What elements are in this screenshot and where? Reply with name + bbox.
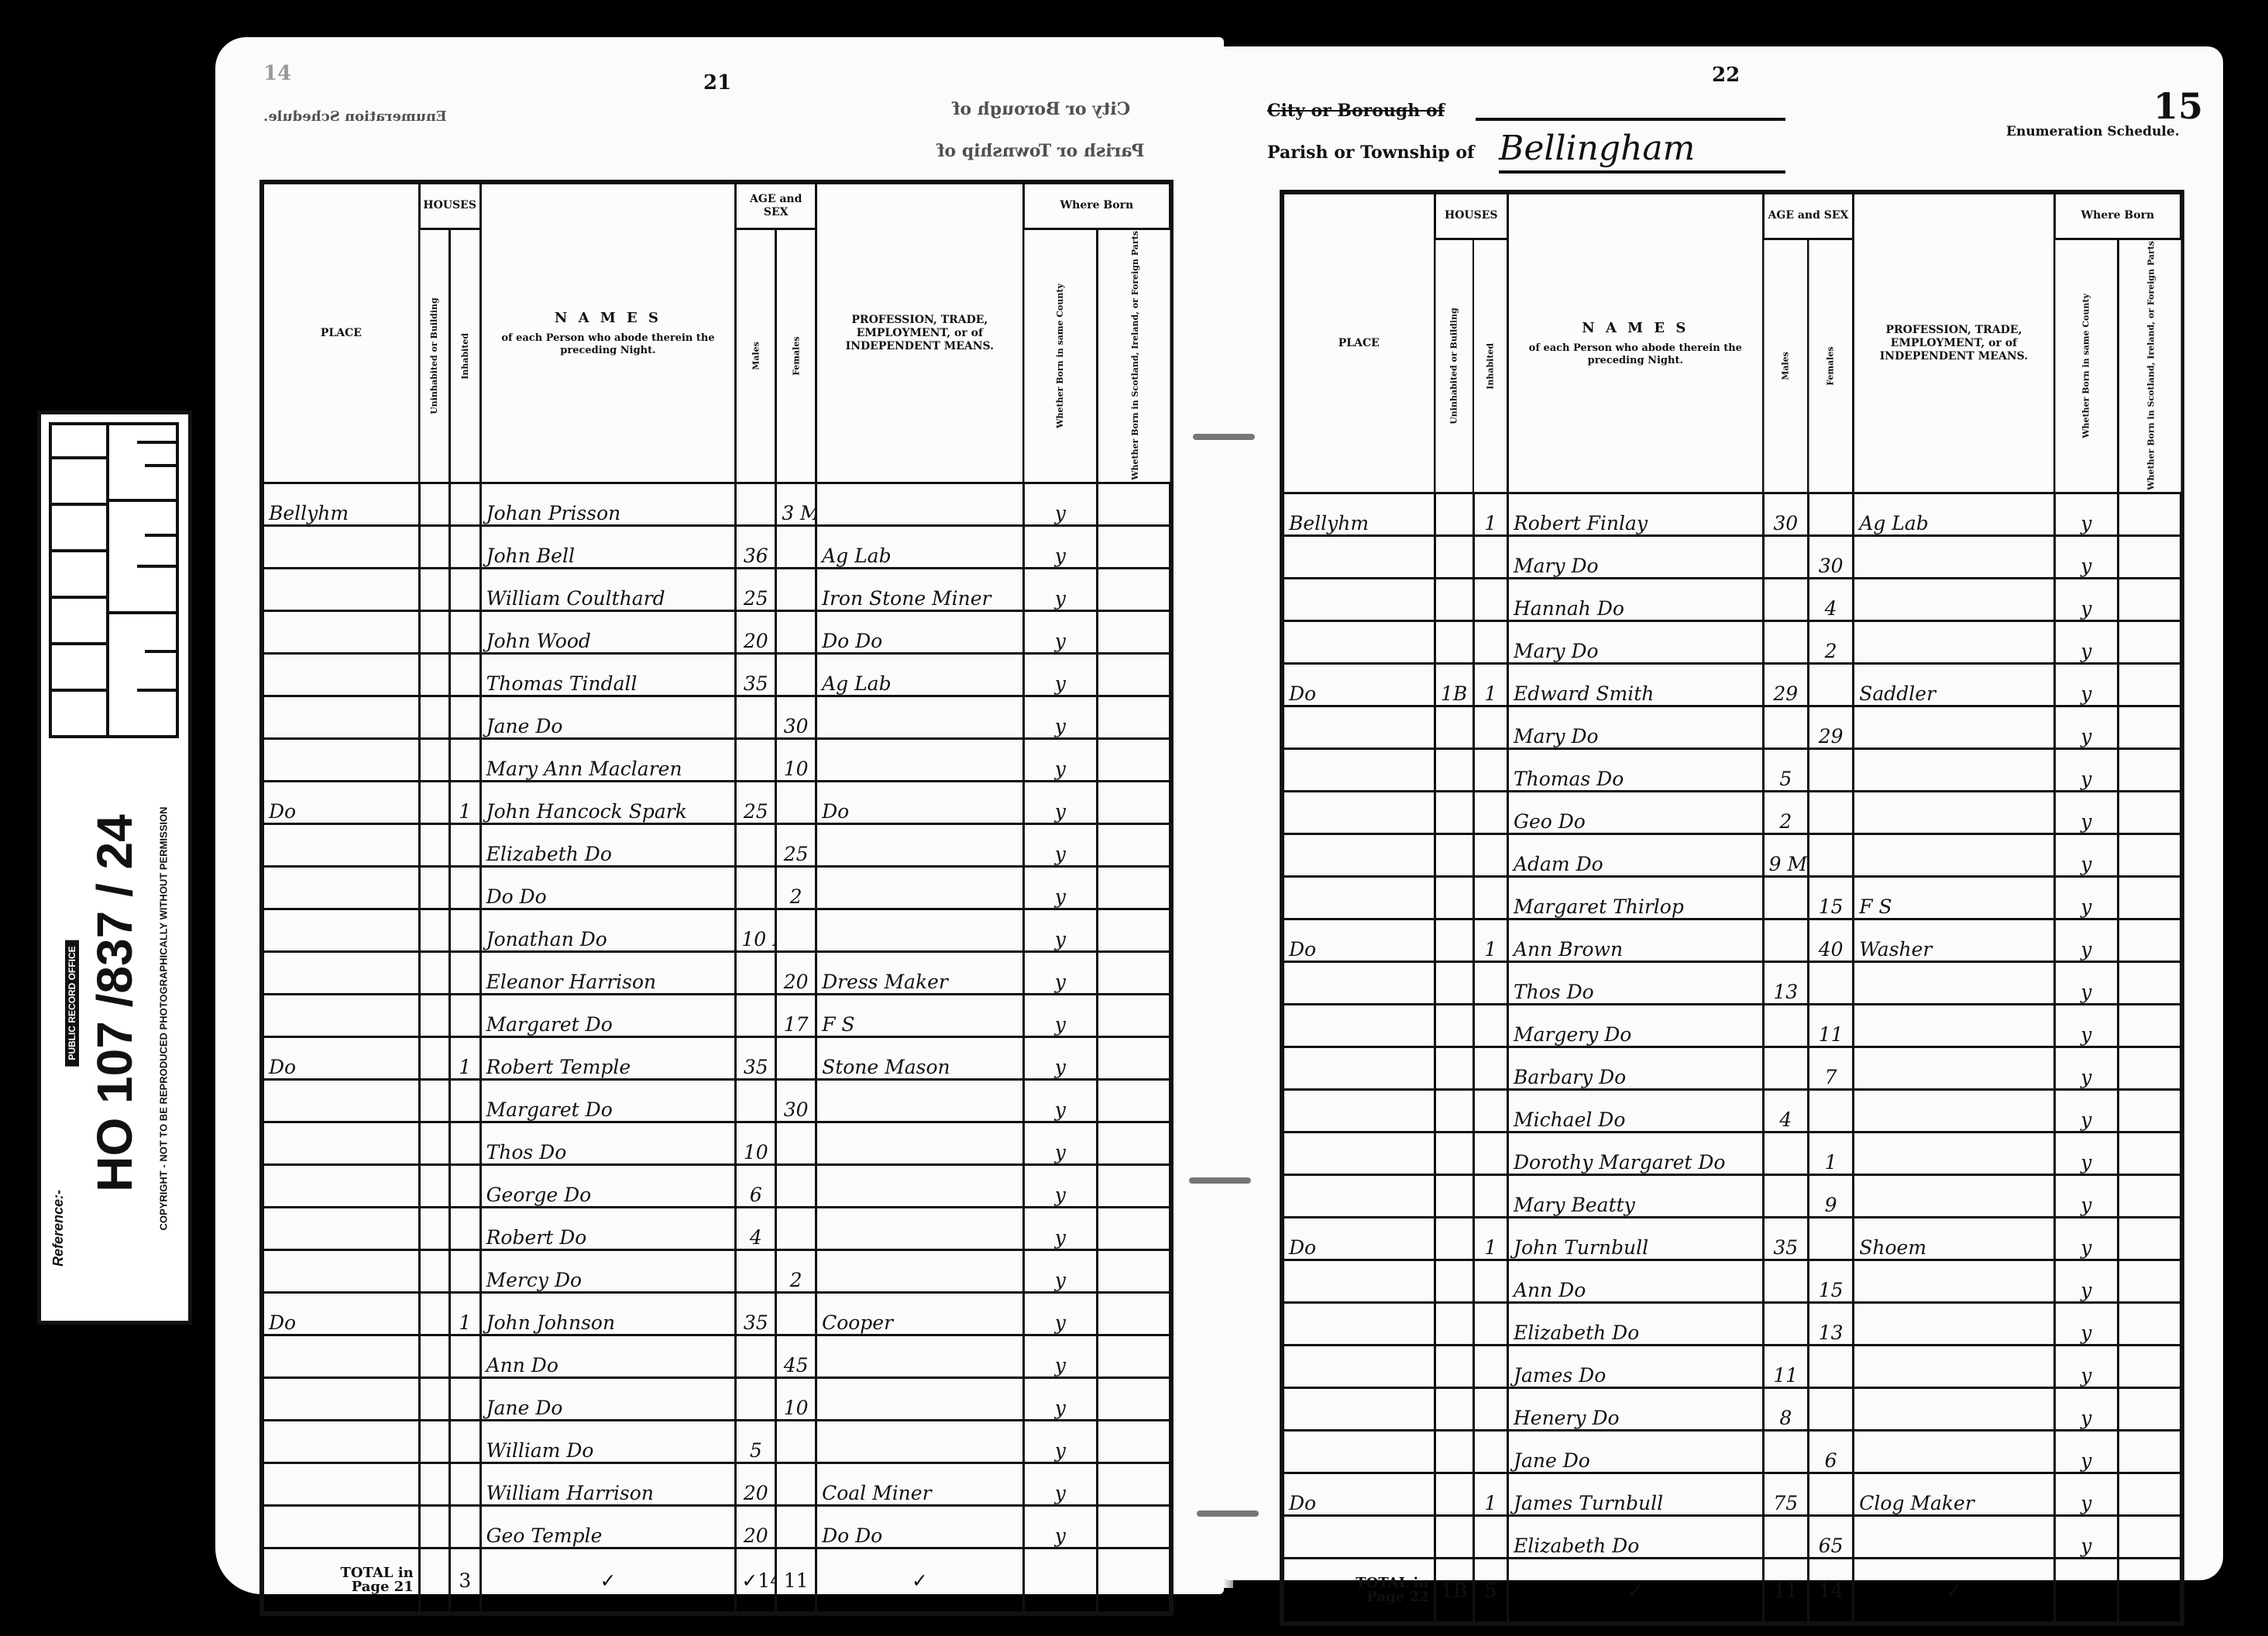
cell-uninhabited: [1435, 792, 1473, 834]
cell-name: Geo Do: [1507, 792, 1763, 834]
col-names: N A M E Sof each Person who abode therei…: [1507, 192, 1763, 493]
cell-same-county: y: [1023, 909, 1097, 952]
cell-inhabited: 1: [1473, 919, 1507, 962]
census-row: Jonathan Do10 Mthy: [262, 909, 1171, 952]
cell-foreign: [2119, 1090, 2182, 1132]
cell-name: Thomas Do: [1507, 749, 1763, 792]
cell-female: 11: [1808, 1005, 1853, 1047]
col-where-born: Where Born: [1023, 182, 1171, 229]
cell-male: [1763, 1005, 1808, 1047]
col-born-foreign: Whether Born in Scotland, Ireland, or Fo…: [1098, 229, 1171, 483]
cell-name: Margaret Do: [480, 1080, 736, 1122]
cell-uninhabited: [419, 782, 449, 824]
cell-profession: Cooper: [816, 1293, 1024, 1335]
cell-inhabited: 1: [450, 1293, 480, 1335]
cell-male: 36: [736, 526, 776, 569]
census-row: Thos Do10y: [262, 1122, 1171, 1165]
cell-male: 75: [1763, 1473, 1808, 1516]
census-row: Do1James Turnbull75Clog Makery: [1282, 1473, 2182, 1516]
cell-name: Hannah Do: [1507, 579, 1763, 621]
census-row: James Do11y: [1282, 1346, 2182, 1388]
cell-place: [1282, 749, 1435, 792]
cell-profession: [816, 1122, 1024, 1165]
cell-inhabited: [1473, 1516, 1507, 1559]
cell-profession: [1854, 621, 2054, 664]
cell-inhabited: [450, 1208, 480, 1250]
cell-female: [776, 1208, 816, 1250]
cell-female: [776, 782, 816, 824]
cell-male: [1763, 919, 1808, 962]
cell-same-county: y: [2054, 962, 2118, 1005]
cell-female: [1808, 1473, 1853, 1516]
cell-female: [776, 909, 816, 952]
cell-profession: [1854, 962, 2054, 1005]
cell-profession: [1854, 1388, 2054, 1431]
cell-female: 30: [776, 1080, 816, 1122]
cell-foreign: [2119, 1303, 2182, 1346]
cell-name: Thos Do: [1507, 962, 1763, 1005]
cell-place: [262, 654, 419, 696]
total-inhabited: 5: [1473, 1559, 1507, 1624]
cell-inhabited: [1473, 1260, 1507, 1303]
cell-profession: Stone Mason: [816, 1037, 1024, 1080]
cell-name: William Do: [480, 1421, 736, 1463]
cell-inhabited: 1: [450, 782, 480, 824]
cell-uninhabited: [419, 867, 449, 909]
cell-male: 20: [736, 1463, 776, 1506]
cell-inhabited: [450, 1165, 480, 1208]
cell-uninhabited: [1435, 1303, 1473, 1346]
cell-profession: Ag Lab: [816, 526, 1024, 569]
cell-male: [736, 867, 776, 909]
cell-place: Do: [1282, 664, 1435, 706]
cell-female: 25: [776, 824, 816, 867]
cell-foreign: [1098, 1037, 1171, 1080]
cell-place: [1282, 1431, 1435, 1473]
cell-name: Elizabeth Do: [1507, 1516, 1763, 1559]
cell-inhabited: [450, 611, 480, 654]
parish-label-right: Parish or Township of: [1267, 143, 1475, 163]
binding-clip-middle: [1189, 1177, 1251, 1184]
cell-female: 10: [776, 739, 816, 782]
cell-uninhabited: [419, 483, 449, 526]
cell-foreign: [2119, 536, 2182, 579]
cell-male: [736, 995, 776, 1037]
col-female: Females: [776, 229, 816, 483]
census-row: Hannah Do4y: [1282, 579, 2182, 621]
cell-uninhabited: [419, 1037, 449, 1080]
cell-profession: [816, 1250, 1024, 1293]
total-row: TOTAL inPage 221B5✓1114✓: [1282, 1559, 2182, 1624]
cell-place: [1282, 1388, 1435, 1431]
cell-male: [736, 952, 776, 995]
cell-uninhabited: [419, 696, 449, 739]
cell-same-county: y: [1023, 824, 1097, 867]
cell-profession: [1854, 1132, 2054, 1175]
city-borough-label-right: City or Borough of: [1267, 101, 1445, 121]
col-age-sex: AGE and SEX: [1763, 192, 1854, 239]
census-row: Margaret Do17F Sy: [262, 995, 1171, 1037]
cell-inhabited: [450, 1250, 480, 1293]
cell-place: [262, 1080, 419, 1122]
cell-foreign: [1098, 995, 1171, 1037]
cell-female: 7: [1808, 1047, 1853, 1090]
census-row: Jane Do30y: [262, 696, 1171, 739]
cell-inhabited: [450, 952, 480, 995]
cell-foreign: [2119, 1047, 2182, 1090]
cell-name: Eleanor Harrison: [480, 952, 736, 995]
cell-same-county: y: [1023, 569, 1097, 611]
cell-name: Jane Do: [1507, 1431, 1763, 1473]
cell-same-county: y: [1023, 782, 1097, 824]
cell-same-county: y: [1023, 1037, 1097, 1080]
cell-foreign: [2119, 1388, 2182, 1431]
col-male: Males: [736, 229, 776, 483]
cell-same-county: y: [1023, 611, 1097, 654]
cell-inhabited: [1473, 1388, 1507, 1431]
cell-inhabited: 1: [1473, 1473, 1507, 1516]
cell-name: Henery Do: [1507, 1388, 1763, 1431]
cell-profession: Shoem: [1854, 1218, 2054, 1260]
cell-uninhabited: [1435, 1388, 1473, 1431]
cell-male: 5: [1763, 749, 1808, 792]
col-profession: PROFESSION, TRADE, EMPLOYMENT, or of IND…: [816, 182, 1024, 483]
cell-profession: [816, 1378, 1024, 1421]
cell-uninhabited: [419, 1165, 449, 1208]
cell-name: James Do: [1507, 1346, 1763, 1388]
census-row: Geo Do2y: [1282, 792, 2182, 834]
census-row: Do1John Turnbull35Shoemy: [1282, 1218, 2182, 1260]
cell-name: John Hancock Spark: [480, 782, 736, 824]
cell-name: Barbary Do: [1507, 1047, 1763, 1090]
cell-profession: Coal Miner: [816, 1463, 1024, 1506]
total-same-county: [1023, 1548, 1097, 1614]
cell-foreign: [1098, 1506, 1171, 1548]
census-row: Margaret Do30y: [262, 1080, 1171, 1122]
cell-female: [776, 569, 816, 611]
cell-female: 2: [776, 1250, 816, 1293]
census-row: Thos Do13y: [1282, 962, 2182, 1005]
document-reference-number: HO 107 /837 / 24: [86, 814, 143, 1191]
cell-inhabited: 1: [1473, 493, 1507, 536]
cell-male: [1763, 1132, 1808, 1175]
cell-inhabited: [1473, 1005, 1507, 1047]
left-census-table: PLACE HOUSES N A M E Sof each Person who…: [259, 180, 1174, 1616]
cell-foreign: [2119, 621, 2182, 664]
cell-same-county: y: [1023, 1250, 1097, 1293]
census-row: William Coulthard25Iron Stone Minery: [262, 569, 1171, 611]
cell-foreign: [1098, 1165, 1171, 1208]
total-uninhabited: 1B: [1435, 1559, 1473, 1624]
cell-name: Geo Temple: [480, 1506, 736, 1548]
cell-female: [776, 1421, 816, 1463]
census-row: Elizabeth Do13y: [1282, 1303, 2182, 1346]
cell-male: 10: [736, 1122, 776, 1165]
left-page-number: 21: [703, 71, 731, 95]
cell-foreign: [2119, 1346, 2182, 1388]
cell-male: 8: [1763, 1388, 1808, 1431]
cell-same-county: y: [1023, 867, 1097, 909]
cell-male: [736, 824, 776, 867]
cell-foreign: [1098, 782, 1171, 824]
scale-ruler: [49, 422, 179, 738]
census-row: Ann Do45y: [262, 1335, 1171, 1378]
cell-uninhabited: [1435, 1218, 1473, 1260]
cell-foreign: [1098, 1250, 1171, 1293]
cell-male: [1763, 1047, 1808, 1090]
cell-profession: [1854, 706, 2054, 749]
cell-name: Thos Do: [480, 1122, 736, 1165]
cell-same-county: y: [1023, 1506, 1097, 1548]
cell-male: 6: [736, 1165, 776, 1208]
census-row: Thomas Tindall35Ag Laby: [262, 654, 1171, 696]
cell-inhabited: [450, 569, 480, 611]
cell-inhabited: [450, 909, 480, 952]
cell-profession: [816, 1165, 1024, 1208]
cell-female: 29: [1808, 706, 1853, 749]
cell-place: Do: [262, 1293, 419, 1335]
cell-place: [1282, 834, 1435, 877]
cell-profession: Washer: [1854, 919, 2054, 962]
cell-place: [1282, 1516, 1435, 1559]
cell-same-county: y: [2054, 1260, 2118, 1303]
cell-place: [262, 569, 419, 611]
cell-same-county: y: [1023, 1378, 1097, 1421]
cell-profession: Do Do: [816, 611, 1024, 654]
cell-same-county: y: [1023, 1165, 1097, 1208]
total-foreign: [2119, 1559, 2182, 1624]
cell-place: [262, 1421, 419, 1463]
cell-inhabited: [1473, 962, 1507, 1005]
cell-same-county: y: [2054, 493, 2118, 536]
cell-name: John Johnson: [480, 1293, 736, 1335]
cell-male: 30: [1763, 493, 1808, 536]
census-row: Geo Temple20Do Doy: [262, 1506, 1171, 1548]
cell-inhabited: [1473, 579, 1507, 621]
cell-same-county: y: [2054, 1303, 2118, 1346]
cell-inhabited: [1473, 1047, 1507, 1090]
cell-profession: [1854, 579, 2054, 621]
reference-label: Reference:-: [50, 1190, 67, 1267]
cell-female: [776, 1463, 816, 1506]
census-row: Jane Do6y: [1282, 1431, 2182, 1473]
cell-same-county: y: [1023, 1335, 1097, 1378]
cell-name: Mary Do: [1507, 536, 1763, 579]
folio-number: 15: [2153, 85, 2203, 127]
cell-uninhabited: [419, 824, 449, 867]
cell-profession: Ag Lab: [816, 654, 1024, 696]
cell-same-county: y: [1023, 654, 1097, 696]
census-row: Elizabeth Do65y: [1282, 1516, 2182, 1559]
cell-foreign: [1098, 952, 1171, 995]
census-row: Eleanor Harrison20Dress Makery: [262, 952, 1171, 995]
cell-profession: [1854, 792, 2054, 834]
cell-uninhabited: [1435, 1516, 1473, 1559]
census-row: John Wood20Do Doy: [262, 611, 1171, 654]
cell-same-county: y: [2054, 1005, 2118, 1047]
cell-female: 15: [1808, 877, 1853, 919]
cell-profession: [1854, 1005, 2054, 1047]
cell-foreign: [1098, 1080, 1171, 1122]
total-male: ✓14: [736, 1548, 776, 1614]
cell-inhabited: [450, 1335, 480, 1378]
cell-uninhabited: [419, 1250, 449, 1293]
cell-profession: [816, 867, 1024, 909]
binding-clip-top: [1193, 434, 1255, 440]
cell-name: John Turnbull: [1507, 1218, 1763, 1260]
cell-uninhabited: [1435, 1005, 1473, 1047]
cell-male: 4: [1763, 1090, 1808, 1132]
cell-female: [776, 1293, 816, 1335]
cell-foreign: [2119, 1260, 2182, 1303]
cell-place: [1282, 877, 1435, 919]
cell-name: Ann Brown: [1507, 919, 1763, 962]
copyright-notice: COPYRIGHT - NOT TO BE REPRODUCED PHOTOGR…: [158, 806, 170, 1230]
cell-uninhabited: [419, 1463, 449, 1506]
cell-female: 30: [1808, 536, 1853, 579]
cell-foreign: [2119, 749, 2182, 792]
cell-inhabited: [450, 1378, 480, 1421]
cell-inhabited: [450, 824, 480, 867]
cell-same-county: y: [1023, 1122, 1097, 1165]
cell-name: Adam Do: [1507, 834, 1763, 877]
cell-profession: [816, 1080, 1024, 1122]
cell-female: 20: [776, 952, 816, 995]
census-row: Barbary Do7y: [1282, 1047, 2182, 1090]
cell-profession: [1854, 1346, 2054, 1388]
cell-female: [1808, 749, 1853, 792]
cell-female: 40: [1808, 919, 1853, 962]
cell-male: 2: [1763, 792, 1808, 834]
census-row: Henery Do8y: [1282, 1388, 2182, 1431]
cell-place: [262, 1335, 419, 1378]
cell-place: [1282, 706, 1435, 749]
cell-foreign: [2119, 664, 2182, 706]
cell-same-county: y: [2054, 877, 2118, 919]
census-row: Dorothy Margaret Do1y: [1282, 1132, 2182, 1175]
cell-foreign: [1098, 569, 1171, 611]
cell-name: Elizabeth Do: [1507, 1303, 1763, 1346]
cell-female: 30: [776, 696, 816, 739]
cell-place: [262, 995, 419, 1037]
cell-uninhabited: [419, 1378, 449, 1421]
cell-place: [1282, 1260, 1435, 1303]
cell-profession: [1854, 749, 2054, 792]
cell-profession: [1854, 834, 2054, 877]
cell-inhabited: [450, 1080, 480, 1122]
total-row: TOTAL inPage 213✓✓1411✓: [262, 1548, 1171, 1614]
cell-foreign: [2119, 1431, 2182, 1473]
cell-female: [776, 1506, 816, 1548]
cell-inhabited: [450, 995, 480, 1037]
cell-female: [1808, 834, 1853, 877]
cell-male: 9 Mth: [1763, 834, 1808, 877]
cell-foreign: [1098, 1122, 1171, 1165]
census-row: BellyhmJohan Prisson3 Mthy: [262, 483, 1171, 526]
cell-male: 35: [736, 1293, 776, 1335]
cell-place: [262, 739, 419, 782]
cell-name: William Harrison: [480, 1463, 736, 1506]
cell-place: [262, 909, 419, 952]
cell-profession: Ag Lab: [1854, 493, 2054, 536]
census-row: Margery Do11y: [1282, 1005, 2182, 1047]
cell-place: [1282, 1132, 1435, 1175]
cell-foreign: [1098, 1378, 1171, 1421]
census-row: Michael Do4y: [1282, 1090, 2182, 1132]
total-uninhabited: [419, 1548, 449, 1614]
cell-female: 15: [1808, 1260, 1853, 1303]
cell-foreign: [2119, 579, 2182, 621]
cell-name: Do Do: [480, 867, 736, 909]
cell-place: [1282, 1005, 1435, 1047]
cell-name: Johan Prisson: [480, 483, 736, 526]
cell-same-county: y: [1023, 739, 1097, 782]
cell-name: Edward Smith: [1507, 664, 1763, 706]
cell-foreign: [1098, 654, 1171, 696]
cell-inhabited: [1473, 1431, 1507, 1473]
census-row: Mary Beatty9y: [1282, 1175, 2182, 1218]
cell-profession: Do: [816, 782, 1024, 824]
cell-name: Margaret Thirlop: [1507, 877, 1763, 919]
cell-inhabited: [1473, 877, 1507, 919]
census-row: Ann Do15y: [1282, 1260, 2182, 1303]
cell-male: [736, 1080, 776, 1122]
cell-same-county: y: [2054, 1047, 2118, 1090]
census-row: Mercy Do2y: [262, 1250, 1171, 1293]
cell-male: [1763, 1516, 1808, 1559]
col-female: Females: [1808, 239, 1853, 493]
cell-inhabited: [450, 1506, 480, 1548]
cell-female: [1808, 1346, 1853, 1388]
col-uninhabited: Uninhabited or Building: [1435, 239, 1473, 493]
cell-profession: [1854, 1303, 2054, 1346]
cell-inhabited: [450, 867, 480, 909]
cell-inhabited: [1473, 536, 1507, 579]
cell-uninhabited: [419, 739, 449, 782]
cell-inhabited: 1: [1473, 1218, 1507, 1260]
cell-same-county: y: [1023, 526, 1097, 569]
cell-female: [1808, 493, 1853, 536]
cell-inhabited: [450, 654, 480, 696]
cell-female: [1808, 1388, 1853, 1431]
cell-place: [1282, 792, 1435, 834]
cell-foreign: [2119, 706, 2182, 749]
cell-profession: [816, 909, 1024, 952]
cell-foreign: [1098, 526, 1171, 569]
cell-name: Mary Do: [1507, 621, 1763, 664]
census-row: Mary Do29y: [1282, 706, 2182, 749]
cell-male: 10 Mth: [736, 909, 776, 952]
cell-male: 4: [736, 1208, 776, 1250]
col-where-born: Where Born: [2054, 192, 2182, 239]
total-foreign: [1098, 1548, 1171, 1614]
col-born-same-county: Whether Born in same County: [1023, 229, 1097, 483]
cell-uninhabited: [419, 1293, 449, 1335]
cell-same-county: y: [2054, 1516, 2118, 1559]
census-row: Thomas Do5y: [1282, 749, 2182, 792]
cell-uninhabited: [1435, 834, 1473, 877]
cell-same-county: y: [1023, 1080, 1097, 1122]
cell-same-county: y: [1023, 696, 1097, 739]
cell-foreign: [1098, 739, 1171, 782]
cell-male: [1763, 877, 1808, 919]
cell-place: [262, 1506, 419, 1548]
cell-profession: [816, 1421, 1024, 1463]
cell-profession: Clog Maker: [1854, 1473, 2054, 1516]
cell-male: 35: [1763, 1218, 1808, 1260]
cell-male: 35: [736, 1037, 776, 1080]
cell-name: John Wood: [480, 611, 736, 654]
